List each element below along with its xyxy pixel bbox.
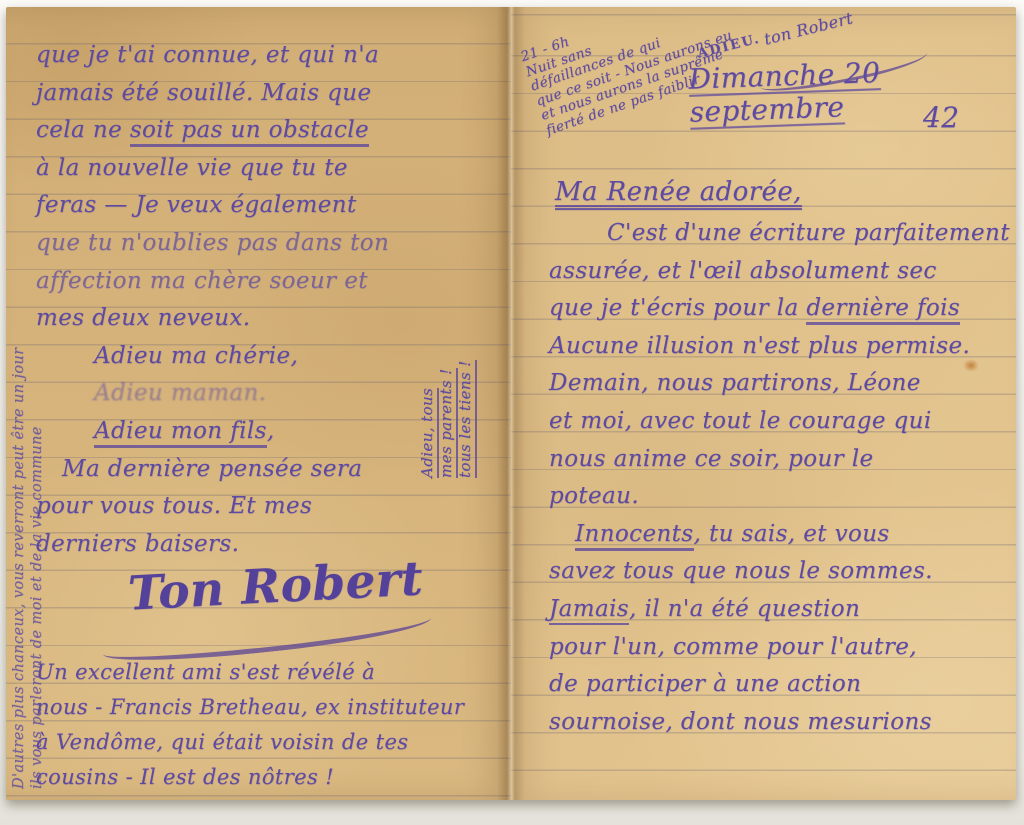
letter-line: savez tous que nous le sommes. xyxy=(549,553,1010,591)
letter-line: Aucune illusion n'est plus permise. xyxy=(549,328,1010,366)
letter-line: que je t'ai connue, et qui n'a xyxy=(36,37,389,75)
letter-paper: D'autres plus chanceux, vous reverront p… xyxy=(6,7,1016,800)
letter-line: D'autres plus chanceux, vous reverront p… xyxy=(10,348,28,789)
letter-line: cela ne soit pas un obstacle xyxy=(36,112,389,150)
letter-line: Adieu ma chérie, xyxy=(36,338,389,376)
letter-line: feras — Je veux également xyxy=(36,187,389,225)
letter-line: de participer à une action xyxy=(549,666,1010,704)
left-page-body: que je t'ai connue, et qui n'ajamais été… xyxy=(36,37,389,563)
date-line: Dimanche 20 septembre xyxy=(688,51,1016,128)
letter-line: nous anime ce soir, pour le xyxy=(549,441,1010,479)
letter-line: à la nouvelle vie que tu te xyxy=(36,150,389,188)
corner-signature: ton Robert xyxy=(762,8,855,48)
letter-line: Adieu mon fils, xyxy=(36,413,389,451)
letter-line: nous - Francis Bretheau, ex instituteur xyxy=(36,690,464,725)
letter-line: C'est d'une écriture parfaitement xyxy=(549,215,1010,253)
postscript: Un excellent ami s'est révélé ànous - Fr… xyxy=(36,655,464,795)
letter-line: pour l'un, comme pour l'autre, xyxy=(549,629,1010,667)
letter-line: mes deux neveux. xyxy=(36,300,389,338)
letter-line: Un excellent ami s'est révélé à xyxy=(36,655,464,690)
scanned-letter-background: D'autres plus chanceux, vous reverront p… xyxy=(0,0,1024,825)
letter-line: à Vendôme, qui était voisin de tes xyxy=(36,725,464,760)
right-page: 21 - 6hNuit sansdéfaillances de quique c… xyxy=(511,7,1016,800)
letter-line: cousins - Il est des nôtres ! xyxy=(36,760,464,795)
letter-line: et moi, avec tout le courage qui xyxy=(549,403,1010,441)
side-margin-note: Adieu, tousmes parents !tous les tiens ! xyxy=(418,360,475,478)
letter-line: tous les tiens ! xyxy=(456,360,475,478)
letter-line: jamais été souillé. Mais que xyxy=(36,75,389,113)
page-number: 42 xyxy=(923,101,959,134)
letter-line: assurée, et l'œil absolument sec xyxy=(549,253,1010,291)
letter-line: Ma dernière pensée sera xyxy=(36,451,389,489)
letter-line: pour vous tous. Et mes xyxy=(36,488,389,526)
letter-line: mes parents ! xyxy=(437,360,456,478)
letter-line: que je t'écris pour la dernière fois xyxy=(549,290,1010,328)
letter-line: Jamais, il n'a été question xyxy=(549,591,1010,629)
letter-line: Demain, nous partirons, Léone xyxy=(549,365,1010,403)
letter-line: Adieu maman. xyxy=(36,375,389,413)
salutation: Ma Renée adorée, xyxy=(555,177,802,207)
letter-line: Adieu, tous xyxy=(418,360,437,478)
letter-line: Innocents, tu sais, et vous xyxy=(549,516,1010,554)
letter-line: affection ma chère soeur et xyxy=(36,263,389,301)
left-page: D'autres plus chanceux, vous reverront p… xyxy=(6,7,511,800)
letter-line: que tu n'oublies pas dans ton xyxy=(36,225,389,263)
letter-line: poteau. xyxy=(549,478,1010,516)
letter-line: sournoise, dont nous mesurions xyxy=(549,704,1010,742)
right-page-body: C'est d'une écriture parfaitementassurée… xyxy=(549,215,1010,741)
